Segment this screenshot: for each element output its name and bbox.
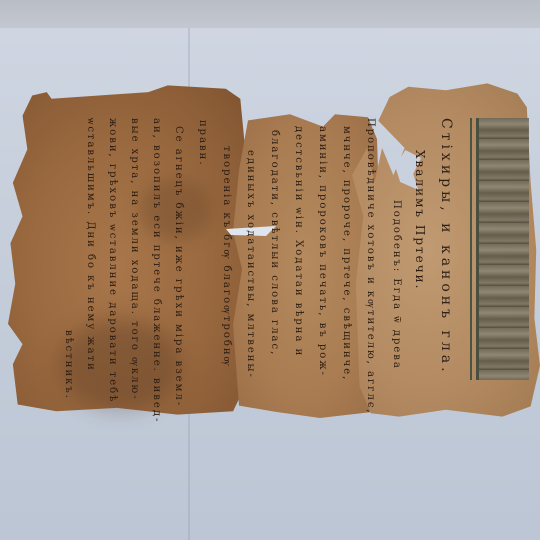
text-column: вые хрта, на земли ходаща. того ѹклю- [128,118,140,401]
text-column: благодати, свѣтлыи слова глас, [268,130,280,356]
text-column: жови, грѣховъ ѡставлние дарoвати тебѣ [106,118,118,403]
text-column: дестсвьнiи ѡін. Ходатаи вѣрна и [292,126,304,357]
tone-line: Подобенъ: Егда ѿ древа [390,200,402,370]
text-column: аи, возопилъ еси пртече блаженне. вивед- [150,118,162,423]
text-column: Проповѣдниче хотовъ и кѹтителю, агглє, [364,118,376,415]
heading-line: Стіхиры, и канонъ гла. [440,118,452,376]
text-column: твореніа къ бгѹ благоѹтробнѹ [220,146,232,367]
text-column: мчнче, пророче, пртече, свѣщинче, [340,126,352,381]
background-wall [0,0,540,28]
text-column: аминiи, пророковъ печать, въ рож- [316,126,328,377]
subheading-line: Хвалимъ Пртечи. [414,150,426,291]
ornament-rule [470,118,472,380]
text-column: единыхъ ходатаиствы, млтвены- [244,150,256,379]
decorative-ornament-border [476,118,529,380]
text-column: Се агнецъ бжiи, иже грѣхи міра вземл- [172,126,184,407]
text-column: вѣстникъ. [62,330,74,400]
text-column: правн. [196,120,208,167]
water-stain [60,320,180,410]
text-column: ѡставльшимъ. Дни бо къ нему жати [84,118,96,372]
